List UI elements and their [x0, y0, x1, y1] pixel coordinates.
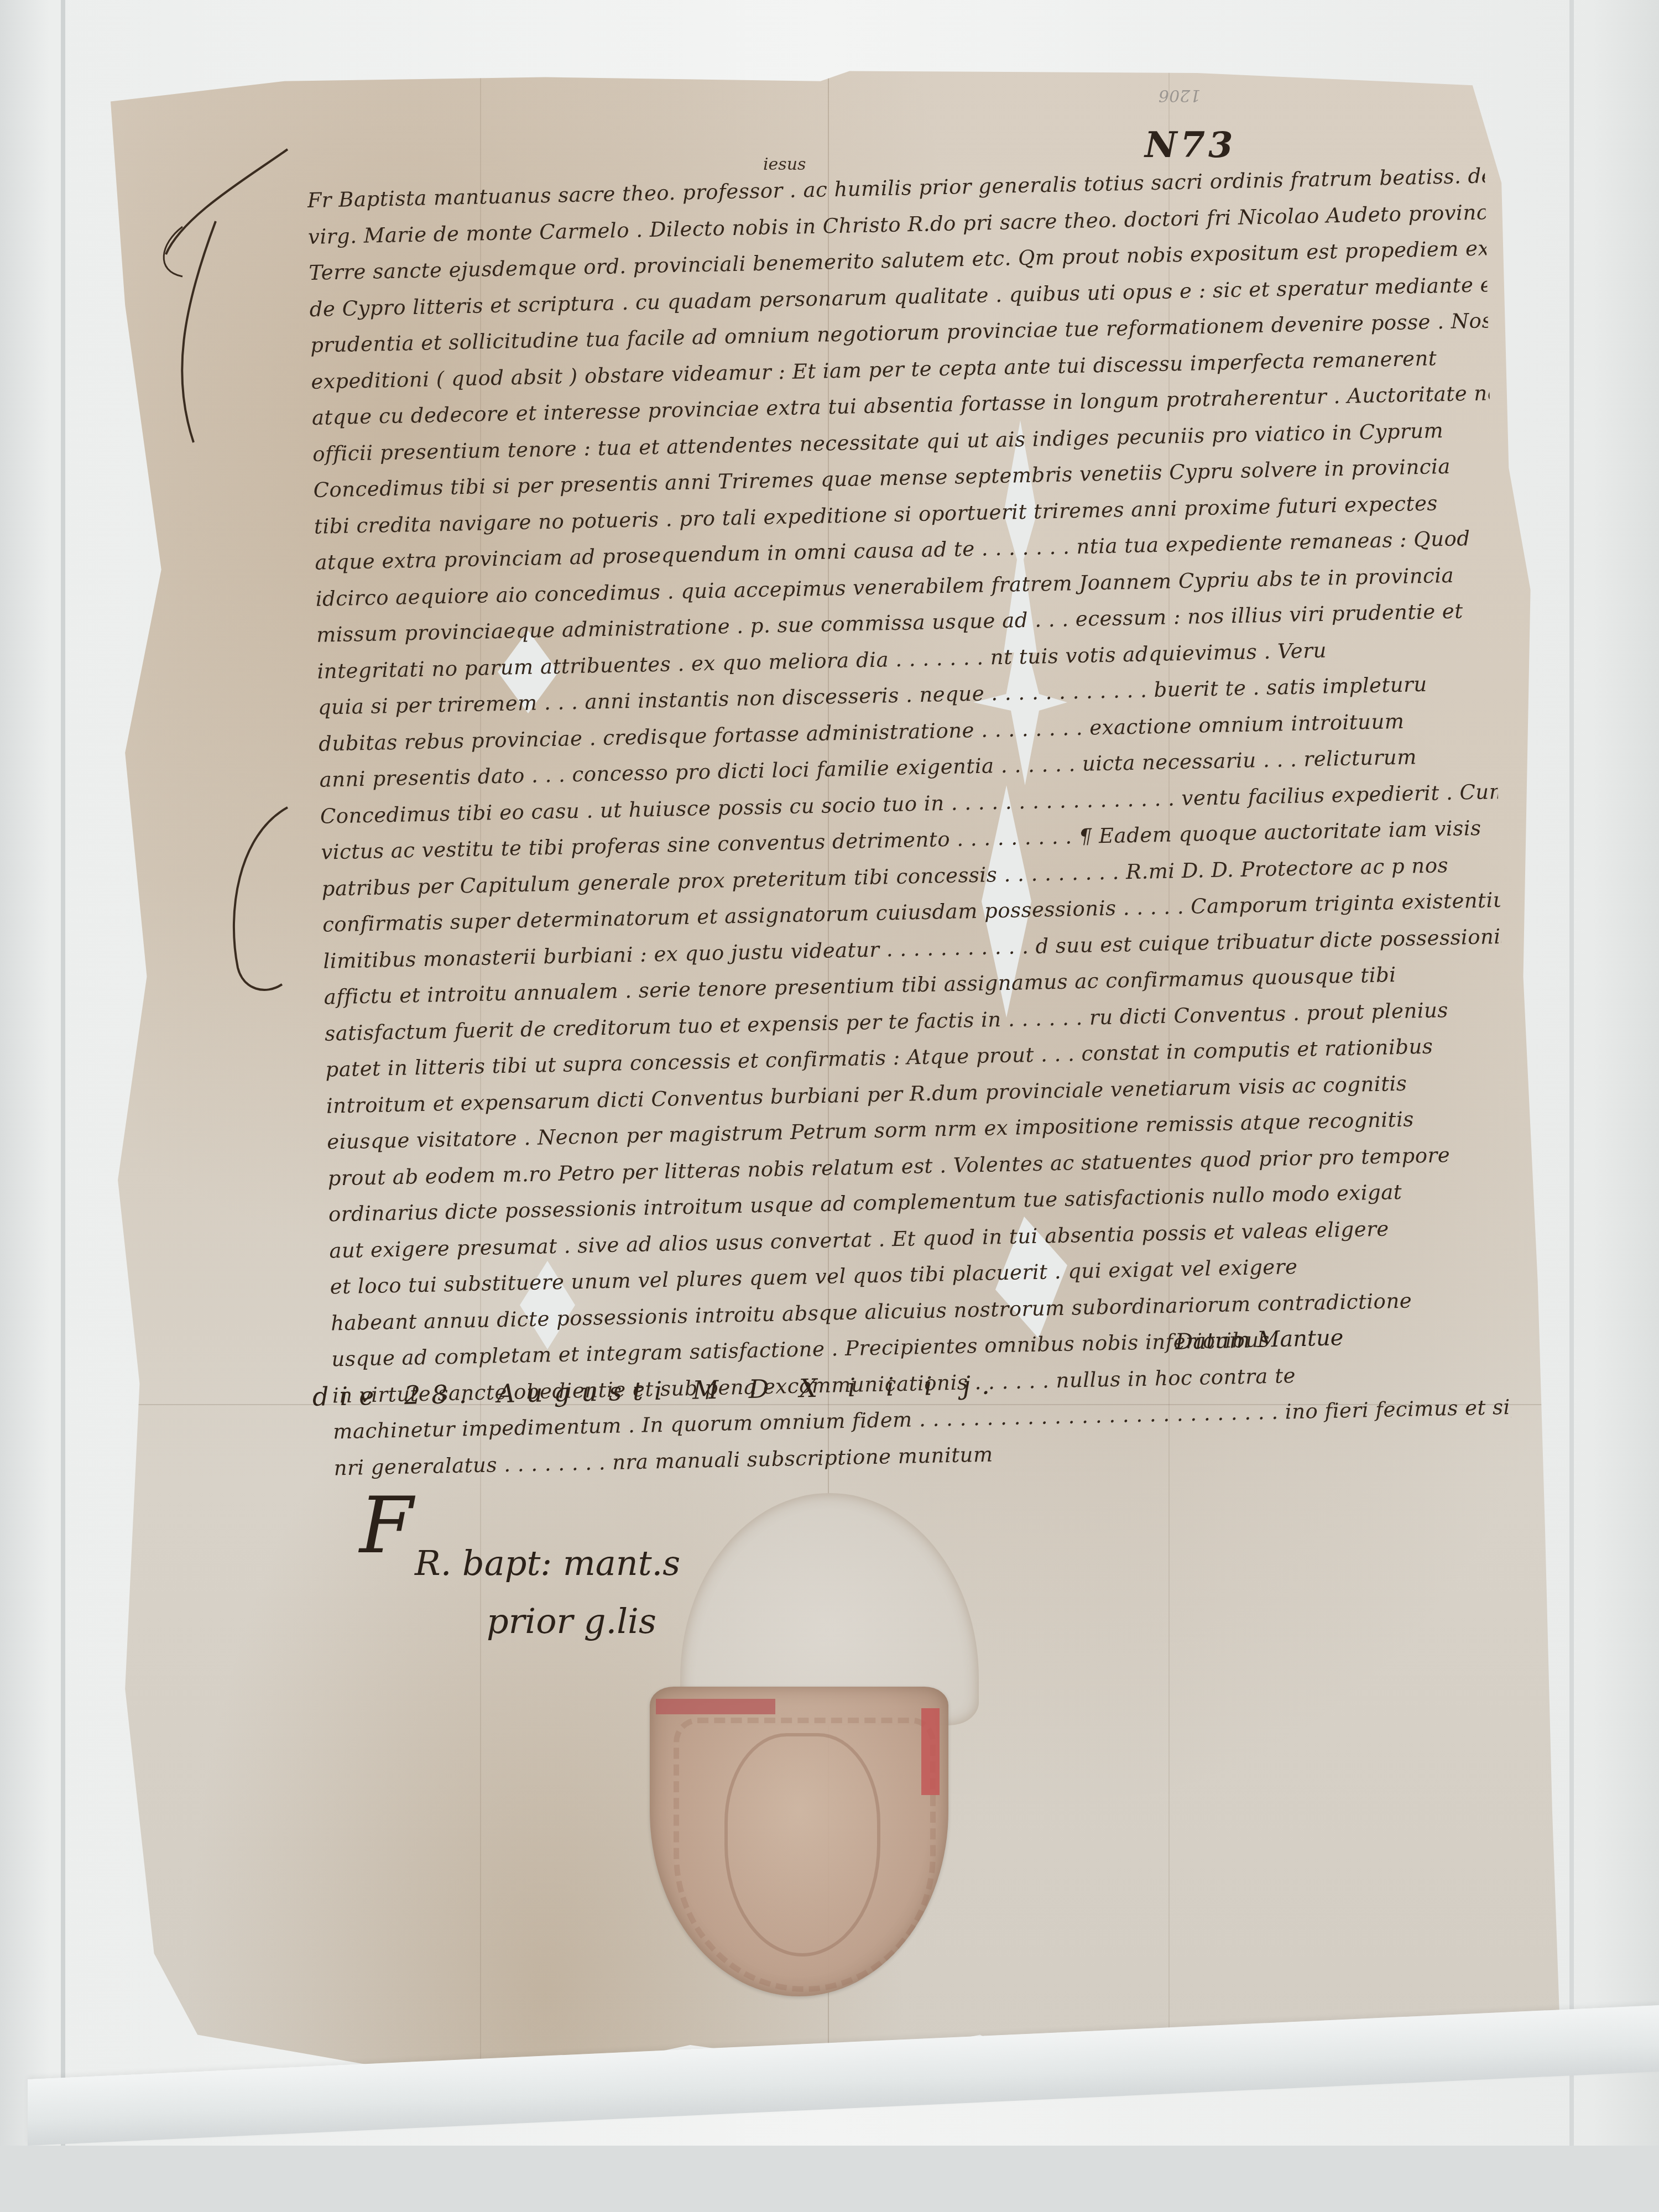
place-of-issue: Datum Mantue	[1175, 1325, 1344, 1355]
margin-flourish-icon	[221, 802, 299, 1001]
signature-title: prior g.lis	[487, 1601, 656, 1641]
pencil-inventory-note: 1206	[1159, 86, 1201, 105]
shelf-mark: N73	[1145, 124, 1237, 166]
seal-emblem	[724, 1733, 880, 1957]
letter-body: Fr Baptista mantuanus sacre theo. profes…	[307, 158, 1512, 1486]
initial-flourish-icon	[149, 144, 293, 453]
signature-name: R. bapt: mant.s	[415, 1543, 680, 1583]
invocation-heading: iesus	[763, 155, 806, 174]
signature-monogram: F	[359, 1488, 413, 1565]
wall-background	[0, 2146, 1659, 2212]
